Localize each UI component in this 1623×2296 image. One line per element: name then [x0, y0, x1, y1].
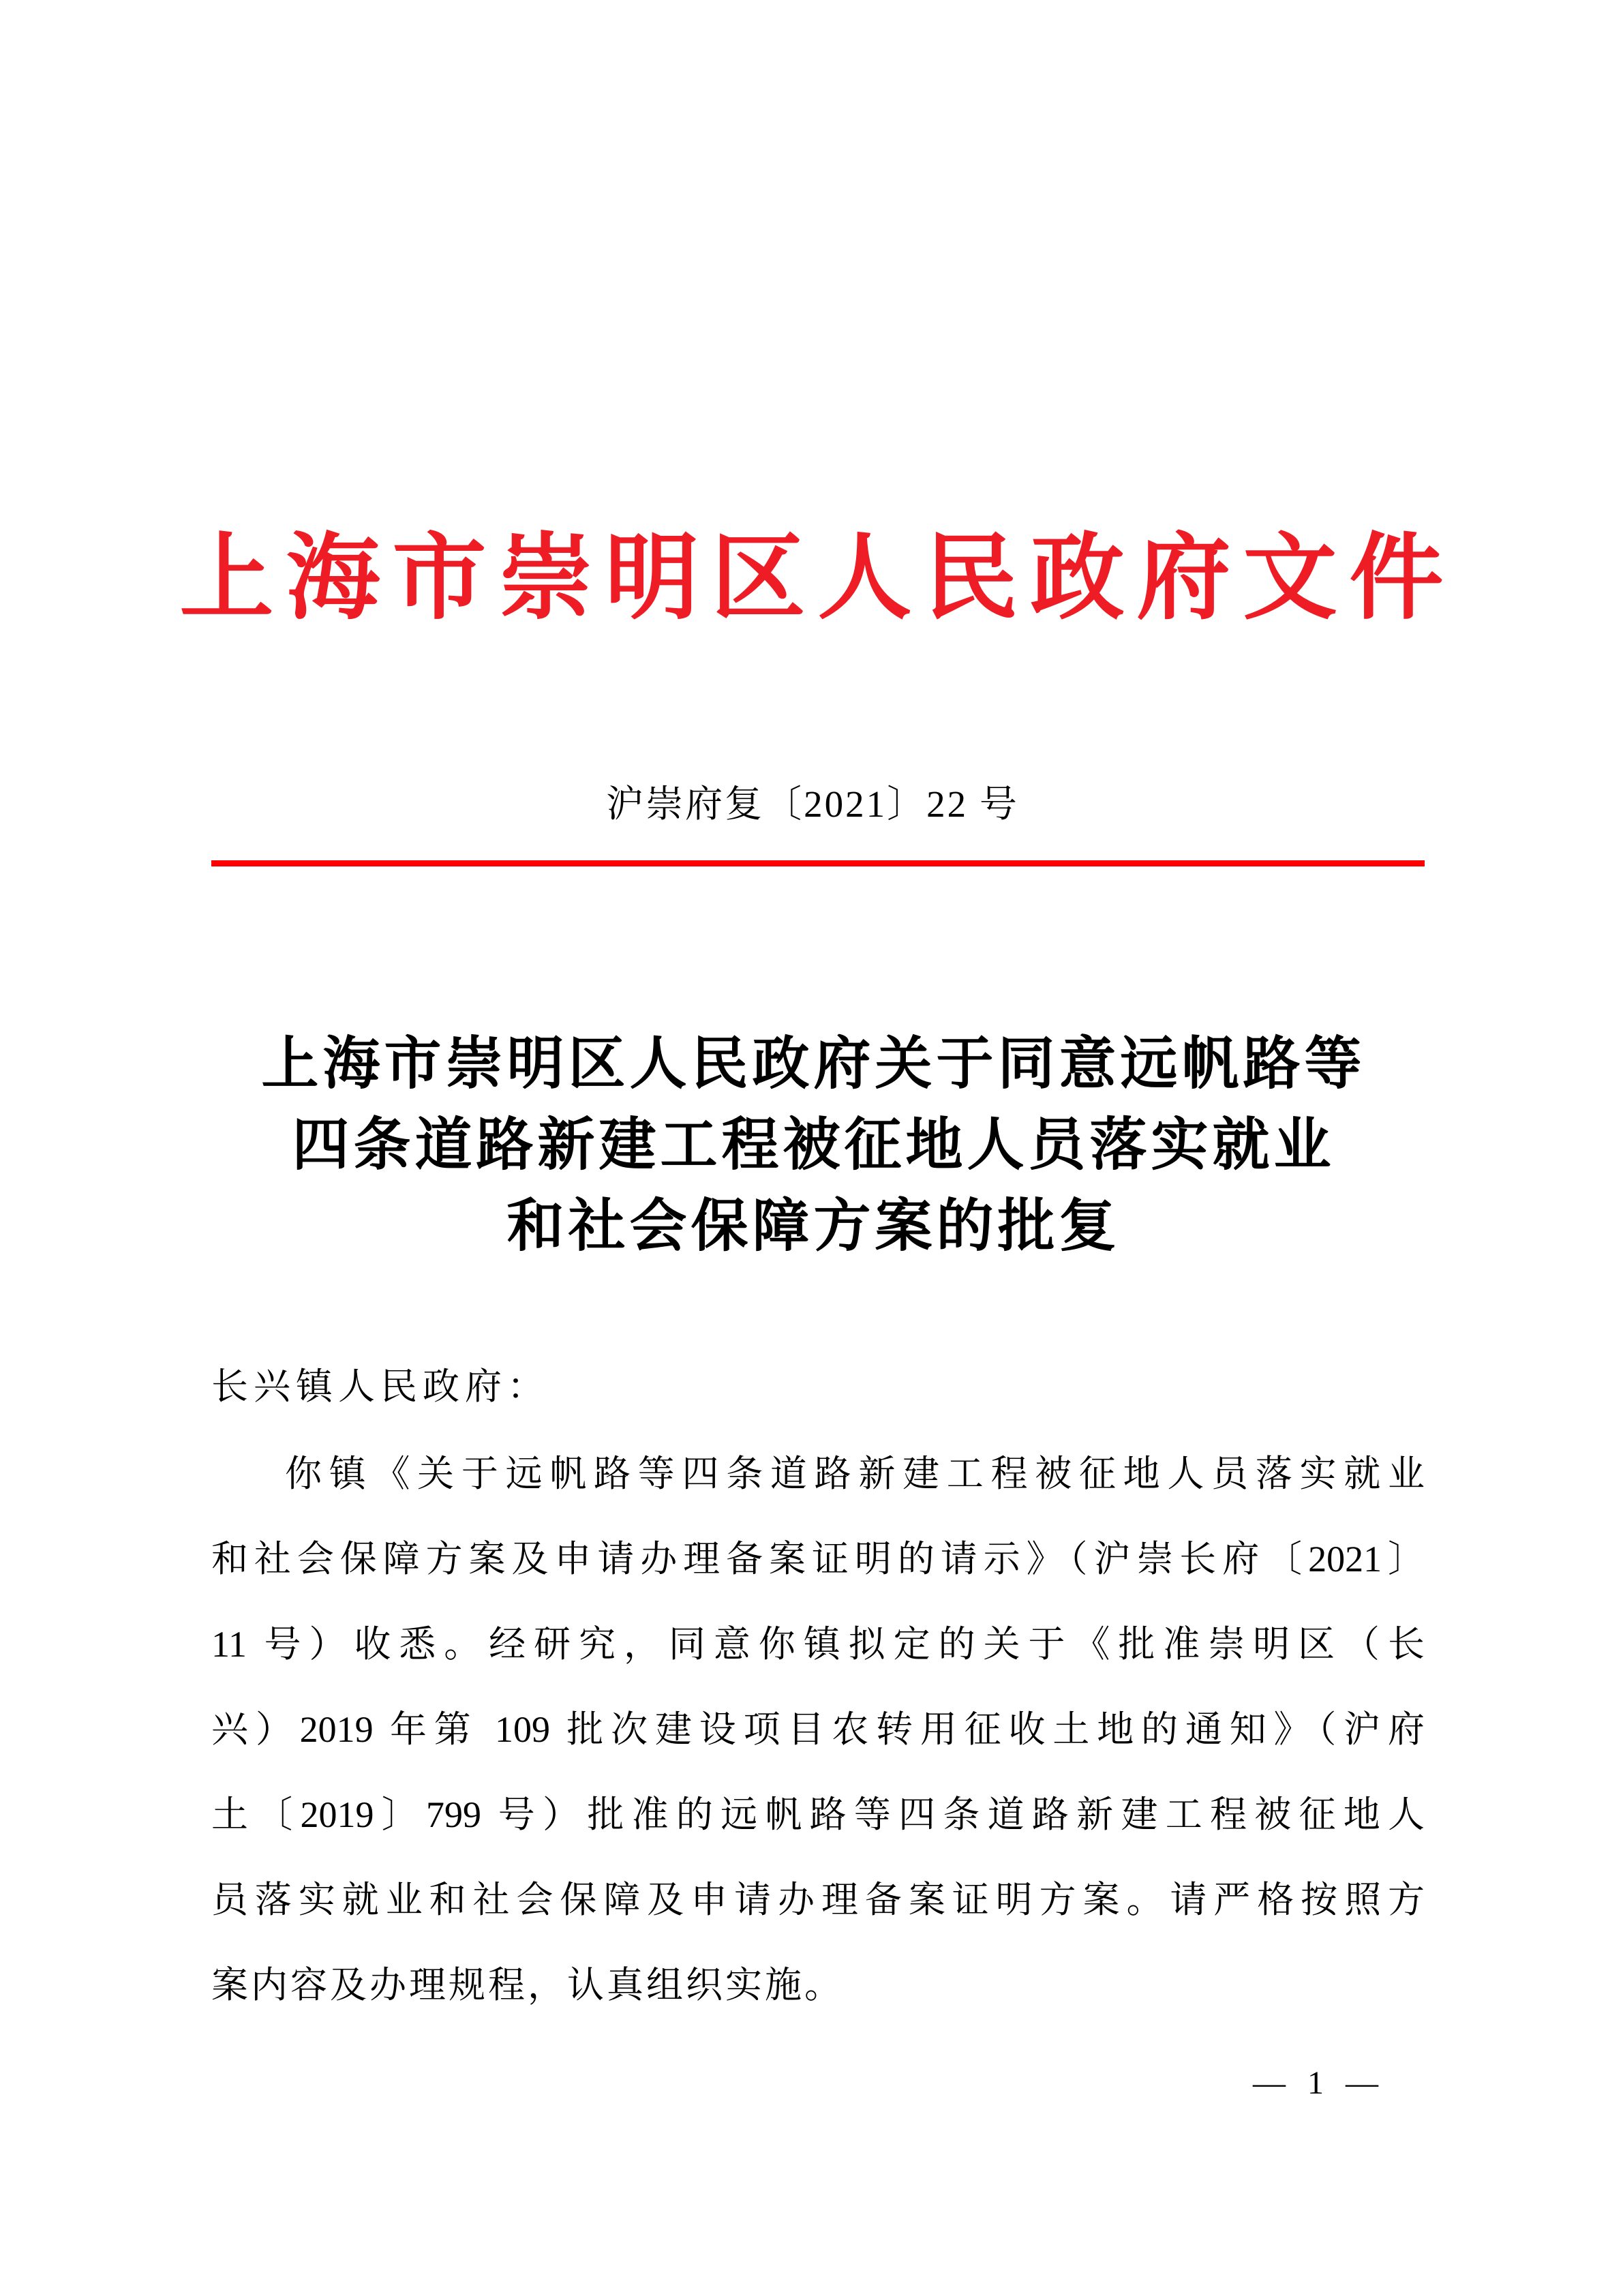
document-body: 你镇《关于远帆路等四条道路新建工程被征地人员落实就业 和社会保障方案及申请办理备…	[211, 1432, 1425, 2028]
page-number: — 1 —	[1253, 2064, 1385, 2102]
body-line: 兴）2019 年第 109 批次建设项目农转用征收土地的通知》（沪府	[211, 1687, 1425, 1772]
body-line: 员落实就业和社会保障及申请办理备案证明方案。请严格按照方	[211, 1858, 1425, 1943]
salutation: 长兴镇人民政府：	[211, 1365, 549, 1408]
document-number: 沪崇府复〔2021〕22 号	[0, 783, 1623, 826]
document-title: 上海市崇明区人民政府关于同意远帆路等 四条道路新建工程被征地人员落实就业 和社会…	[0, 1024, 1623, 1267]
document-page: 上海市崇明区人民政府文件 沪崇府复〔2021〕22 号 上海市崇明区人民政府关于…	[0, 0, 1623, 2296]
body-line: 案内容及办理规程，认真组织实施。	[211, 1943, 1425, 2028]
body-line: 11 号）收悉。经研究，同意你镇拟定的关于《批准崇明区（长	[211, 1602, 1425, 1687]
document-title-line-2: 四条道路新建工程被征地人员落实就业	[4, 1105, 1623, 1186]
document-title-line-3: 和社会保障方案的批复	[4, 1186, 1623, 1267]
letterhead-title: 上海市崇明区人民政府文件	[0, 530, 1623, 627]
body-line: 土〔2019〕799 号）批准的远帆路等四条道路新建工程被征地人	[211, 1772, 1425, 1858]
body-line: 和社会保障方案及申请办理备案证明的请示》（沪崇长府〔2021〕	[211, 1517, 1425, 1602]
body-line: 你镇《关于远帆路等四条道路新建工程被征地人员落实就业	[211, 1432, 1425, 1517]
red-separator-line	[211, 860, 1425, 866]
document-title-line-1: 上海市崇明区人民政府关于同意远帆路等	[4, 1024, 1623, 1105]
